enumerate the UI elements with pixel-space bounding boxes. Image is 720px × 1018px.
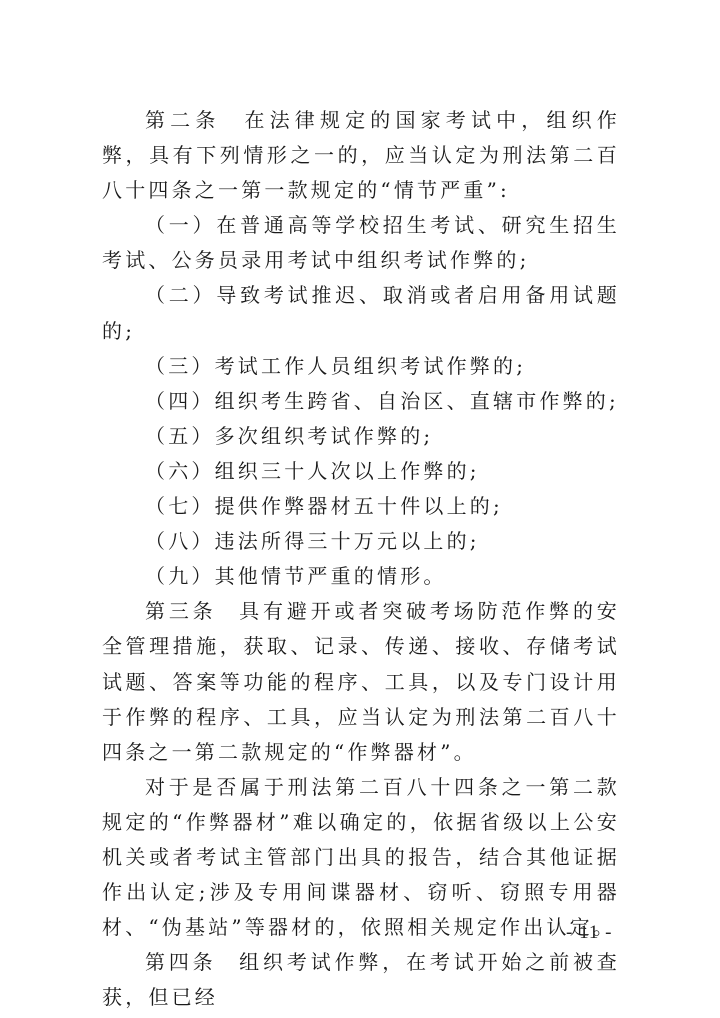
article-paragraph-2: 第二条在法律规定的国家考试中，组织作弊，具有下列情形之一的，应当认定为刑法第二百… [102,103,620,208]
article-label: 第四条 [145,950,217,974]
document-page: 第二条在法律规定的国家考试中，组织作弊，具有下列情形之一的，应当认定为刑法第二百… [0,0,720,1018]
article-label: 第二条 [145,108,221,132]
list-item: （三）考试工作人员组织考试作弊的; [102,349,620,384]
list-item: （七）提供作弊器材五十件以上的; [102,489,620,524]
page-number: - 11 - [566,922,612,944]
article-label: 第三条 [145,599,217,623]
body-paragraph: 对于是否属于刑法第二百八十四条之一第二款规定的“作弊器材”难以确定的，依据省级以… [102,770,620,945]
article-text: 具有避开或者突破考场防范作弊的安全管理措施，获取、记录、传递、接收、存储考试试题… [102,599,620,763]
document-body: 第二条在法律规定的国家考试中，组织作弊，具有下列情形之一的，应当认定为刑法第二百… [102,103,620,1015]
list-item: （五）多次组织考试作弊的; [102,419,620,454]
list-item: （八）违法所得三十万元以上的; [102,524,620,559]
list-item: （一）在普通高等学校招生考试、研究生招生考试、公务员录用考试中组织考试作弊的; [102,208,620,278]
article-paragraph-4: 第四条组织考试作弊，在考试开始之前被查获，但已经 [102,945,620,1015]
list-item: （六）组织三十人次以上作弊的; [102,454,620,489]
list-item: （二）导致考试推迟、取消或者启用备用试题的; [102,278,620,348]
list-item: （九）其他情节严重的情形。 [102,559,620,594]
list-item: （四）组织考生跨省、自治区、直辖市作弊的; [102,384,620,419]
article-paragraph-3: 第三条具有避开或者突破考场防范作弊的安全管理措施，获取、记录、传递、接收、存储考… [102,594,620,769]
